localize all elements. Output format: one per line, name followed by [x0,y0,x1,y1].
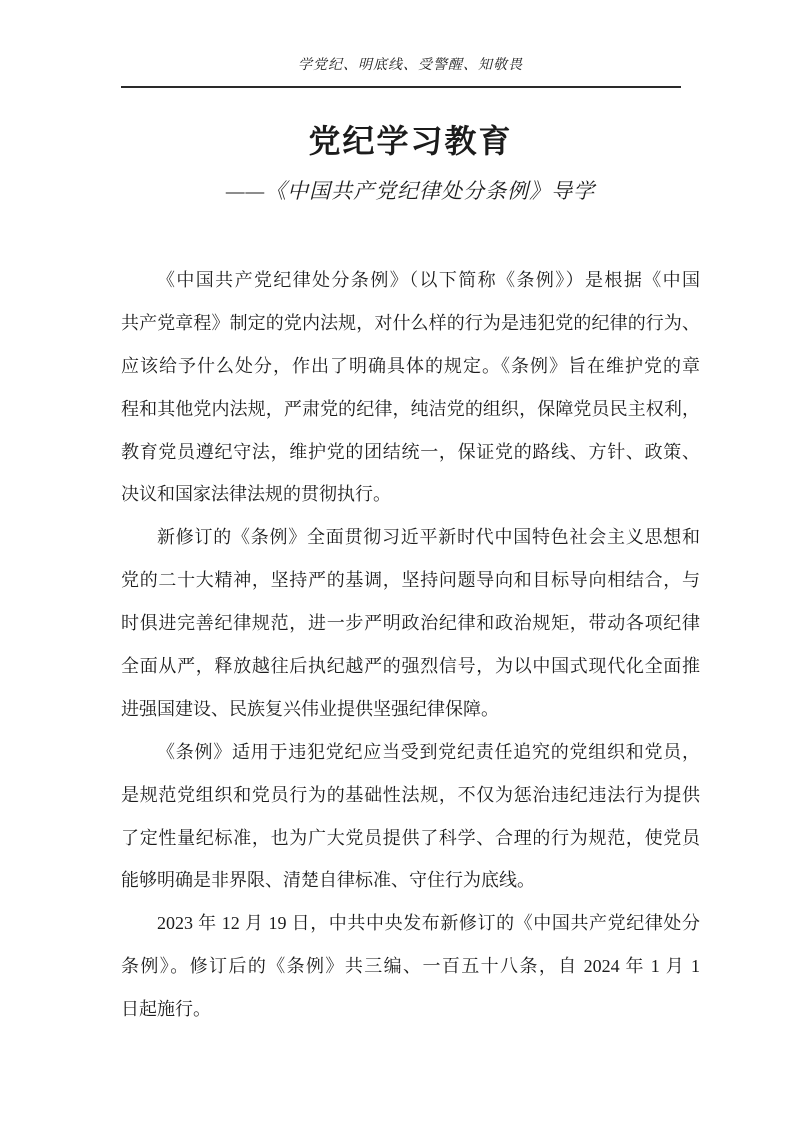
text-line: 时俱进完善纪律规范，进一步严明政治纪律和政治规矩，带动各项纪律 [121,602,700,645]
header-slogan: 学党纪、明底线、受警醒、知敬畏 [121,56,700,76]
text-line: 《条例》适用于违犯党纪应当受到党纪责任追究的党组织和党员， [121,731,700,774]
text-line: 能够明确是非界限、清楚自律标准、守住行为底线。 [121,859,700,902]
text-line: 新修订的《条例》全面贯彻习近平新时代中国特色社会主义思想和 [121,516,700,559]
page-header: 学党纪、明底线、受警醒、知敬畏 [121,56,700,88]
text-line: 共产党章程》制定的党内法规，对什么样的行为是违犯党的纪律的行为、 [121,302,700,345]
document-page: 学党纪、明底线、受警醒、知敬畏 党纪学习教育 ——《中国共产党纪律处分条例》导学… [0,0,800,1131]
document-title: 党纪学习教育 [121,120,700,162]
text-line: 2023 年 12 月 19 日，中共中央发布新修订的《中国共产党纪律处分 [121,902,700,945]
text-line: 条例》。修订后的《条例》共三编、一百五十八条，自 2024 年 1 月 1 [121,945,700,988]
text-line: 是规范党组织和党员行为的基础性法规，不仅为惩治违纪违法行为提供 [121,774,700,817]
header-divider [121,86,681,88]
text-line: 程和其他党内法规，严肃党的纪律，纯洁党的组织，保障党员民主权利， [121,388,700,431]
text-line: 应该给予什么处分，作出了明确具体的规定。《条例》旨在维护党的章 [121,345,700,388]
text-line: 《中国共产党纪律处分条例》（以下简称《条例》）是根据《中国 [121,259,700,302]
text-line: 决议和国家法律法规的贯彻执行。 [121,473,700,516]
document-body: 《中国共产党纪律处分条例》（以下简称《条例》）是根据《中国 共产党章程》制定的党… [121,259,700,1031]
paragraph: 《中国共产党纪律处分条例》（以下简称《条例》）是根据《中国 共产党章程》制定的党… [121,259,700,516]
paragraph: 2023 年 12 月 19 日，中共中央发布新修订的《中国共产党纪律处分 条例… [121,902,700,1031]
text-line: 了定性量纪标准，也为广大党员提供了科学、合理的行为规范，使党员 [121,817,700,860]
document-subtitle: ——《中国共产党纪律处分条例》导学 [121,176,700,206]
text-line: 日起施行。 [121,988,700,1031]
text-line: 进强国建设、民族复兴伟业提供坚强纪律保障。 [121,688,700,731]
paragraph: 《条例》适用于违犯党纪应当受到党纪责任追究的党组织和党员， 是规范党组织和党员行… [121,731,700,903]
page-content: 学党纪、明底线、受警醒、知敬畏 党纪学习教育 ——《中国共产党纪律处分条例》导学… [121,56,700,1031]
text-line: 全面从严，释放越往后执纪越严的强烈信号，为以中国式现代化全面推 [121,645,700,688]
text-line: 教育党员遵纪守法，维护党的团结统一，保证党的路线、方针、政策、 [121,431,700,474]
text-line: 党的二十大精神，坚持严的基调，坚持问题导向和目标导向相结合，与 [121,559,700,602]
paragraph: 新修订的《条例》全面贯彻习近平新时代中国特色社会主义思想和 党的二十大精神，坚持… [121,516,700,730]
